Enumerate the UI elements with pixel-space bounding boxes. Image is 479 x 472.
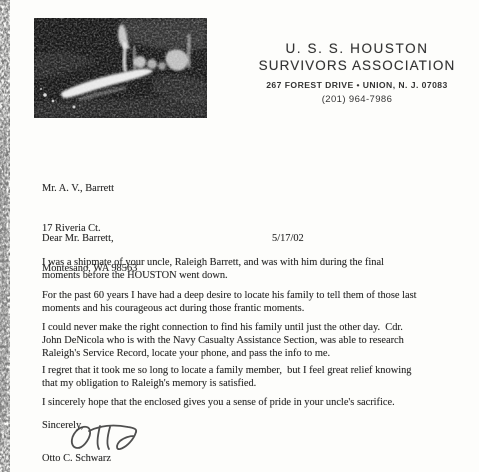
recipient-name: Mr. A. V., Barrett: [42, 182, 137, 195]
letter-date: 5/17/02: [272, 232, 304, 245]
sender-typed-name: Otto C. Schwarz: [42, 452, 111, 465]
org-phone: (201) 964-7986: [240, 94, 474, 105]
scanned-letter-page: U. S. S. HOUSTON SURVIVORS ASSOCIATION 2…: [0, 0, 479, 472]
body-paragraph-1: I was a shipmate of your uncle, Raleigh …: [42, 256, 384, 282]
scan-noise-left-edge: [0, 0, 14, 472]
body-paragraph-4: I regret that it took me so long to loca…: [42, 364, 411, 390]
uss-houston-ship-photo: [34, 18, 207, 118]
body-paragraph-2: For the past 60 years I have had a deep …: [42, 289, 417, 315]
salutation: Dear Mr. Barrett,: [42, 232, 114, 245]
body-paragraph-3: I could never make the right connection …: [42, 321, 404, 361]
letterhead: U. S. S. HOUSTON SURVIVORS ASSOCIATION 2…: [240, 41, 474, 105]
body-paragraph-5: I sincerely hope that the enclosed gives…: [42, 396, 395, 409]
org-name-line2: SURVIVORS ASSOCIATION: [240, 58, 474, 73]
org-address-line: 267 FOREST DRIVE • UNION, N. J. 07083: [240, 80, 474, 90]
org-name-line1: U. S. S. HOUSTON: [240, 41, 474, 56]
